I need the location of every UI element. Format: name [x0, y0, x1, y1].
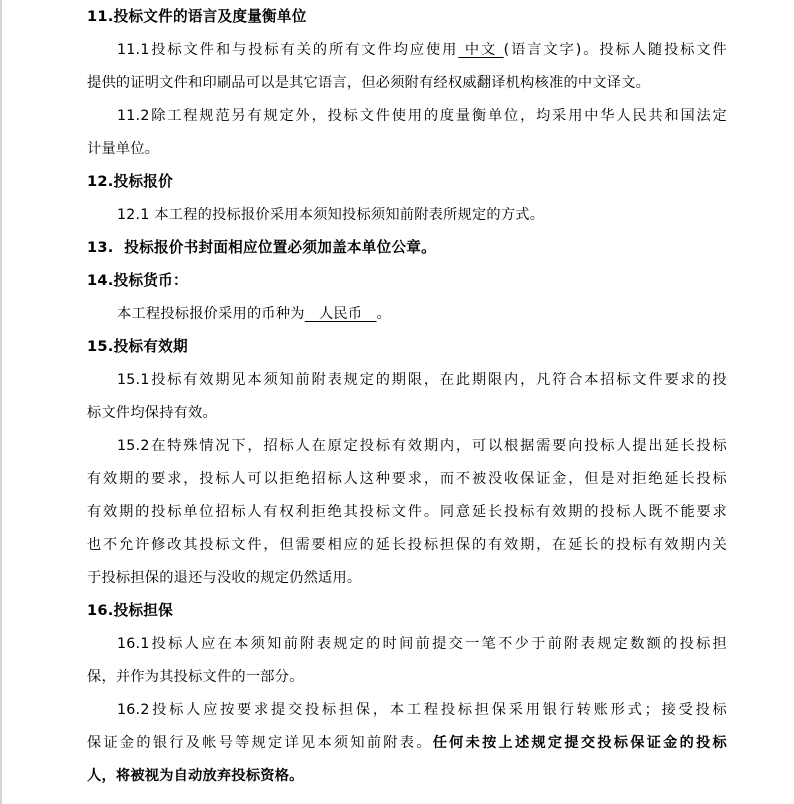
- section-14-heading: 14.投标货币：: [87, 268, 727, 301]
- paragraph-12-1: 12.1 本工程的投标报价采用本须知投标须知前附表所规定的方式。: [87, 202, 727, 235]
- text-span: 本工程投标报价采用的币种为: [117, 306, 305, 322]
- language-fill-blank: 中文: [458, 42, 503, 58]
- paragraph-line-wrap: 有效期的要求，投标人可以拒绝招标人这种要求，而不被没收保证金，但是对拒绝延长投标: [87, 466, 727, 499]
- section-13-heading: 13. 投标报价书封面相应位置必须加盖本单位公章。: [87, 235, 727, 268]
- paragraph-line: 也不允许修改其投标文件，但需要相应的延长投标担保的有效期，在延长的投标有效期内关: [87, 532, 727, 558]
- paragraph-line: 提供的证明文件和印刷品可以是其它语言，但必须附有经权威翻译机构核准的中文译文。: [87, 70, 727, 103]
- paragraph-line: 16.1投标人应在本须知前附表规定的时间前提交一笔不少于前附表规定数额的投标担: [87, 631, 727, 657]
- paragraph-line: 于投标担保的退还与没收的规定仍然适用。: [87, 565, 727, 598]
- paragraph-11-1: 11.1投标文件和与投标有关的所有文件均应使用 中文 (语言文字)。投标人随投标…: [87, 37, 727, 70]
- paragraph-line: 11.1投标文件和与投标有关的所有文件均应使用 中文 (语言文字)。投标人随投标…: [87, 37, 727, 63]
- paragraph-line: 有效期的投标单位招标人有权利拒绝其投标文件。同意延长投标有效期的投标人既不能要求: [87, 499, 727, 525]
- paragraph-line: 标文件均保持有效。: [87, 400, 727, 433]
- currency-fill-blank: 人民币: [305, 306, 377, 322]
- bold-warning-text: 任何未按上述规定提交投标保证金的投标: [433, 735, 727, 751]
- page-left-border: [0, 0, 2, 804]
- paragraph-line: 16.2投标人应按要求提交投标担保，本工程投标担保采用银行转账形式；接受投标: [87, 697, 727, 723]
- paragraph-15-2: 15.2在特殊情况下，招标人在原定投标有效期内，可以根据需要向投标人提出延长投标: [87, 433, 727, 466]
- paragraph-16-2: 16.2投标人应按要求提交投标担保，本工程投标担保采用银行转账形式；接受投标: [87, 697, 727, 730]
- section-15-heading: 15.投标有效期: [87, 334, 727, 367]
- paragraph-line: 计量单位。: [87, 136, 727, 169]
- paragraph-14-currency: 本工程投标报价采用的币种为 人民币 。: [87, 301, 727, 334]
- paragraph-line: 15.2在特殊情况下，招标人在原定投标有效期内，可以根据需要向投标人提出延长投标: [87, 433, 727, 459]
- text-span: 保证金的银行及帐号等规定详见本须知前附表。: [87, 735, 433, 751]
- paragraph-line: 11.2除工程规范另有规定外，投标文件使用的度量衡单位，均采用中华人民共和国法定: [87, 103, 727, 129]
- paragraph-16-1: 16.1投标人应在本须知前附表规定的时间前提交一笔不少于前附表规定数额的投标担: [87, 631, 727, 664]
- paragraph-line: 有效期的要求，投标人可以拒绝招标人这种要求，而不被没收保证金，但是对拒绝延长投标: [87, 466, 727, 492]
- document-page: 11.投标文件的语言及度量衡单位 11.1投标文件和与投标有关的所有文件均应使用…: [87, 4, 727, 796]
- section-16-heading: 16.投标担保: [87, 598, 727, 631]
- paragraph-line-wrap: 保证金的银行及帐号等规定详见本须知前附表。任何未按上述规定提交投标保证金的投标: [87, 730, 727, 763]
- paragraph-11-2: 11.2除工程规范另有规定外，投标文件使用的度量衡单位，均采用中华人民共和国法定: [87, 103, 727, 136]
- paragraph-15-1: 15.1投标有效期见本须知前附表规定的期限，在此期限内，凡符合本招标文件要求的投: [87, 367, 727, 400]
- text-span: 11.1投标文件和与投标有关的所有文件均应使用: [117, 42, 458, 58]
- paragraph-line-wrap: 也不允许修改其投标文件，但需要相应的延长投标担保的有效期，在延长的投标有效期内关: [87, 532, 727, 565]
- paragraph-line: 15.1投标有效期见本须知前附表规定的期限，在此期限内，凡符合本招标文件要求的投: [87, 367, 727, 393]
- paragraph-line: 保证金的银行及帐号等规定详见本须知前附表。任何未按上述规定提交投标保证金的投标: [87, 730, 727, 756]
- text-span: (语言文字)。投标人随投标文件: [504, 42, 727, 58]
- section-11-heading: 11.投标文件的语言及度量衡单位: [87, 4, 727, 37]
- paragraph-line: 保，并作为其投标文件的一部分。: [87, 664, 727, 697]
- paragraph-line-wrap: 有效期的投标单位招标人有权利拒绝其投标文件。同意延长投标有效期的投标人既不能要求: [87, 499, 727, 532]
- section-12-heading: 12.投标报价: [87, 169, 727, 202]
- text-span: 。: [377, 306, 391, 322]
- bold-warning-text: 人，将被视为自动放弃投标资格。: [87, 763, 727, 796]
